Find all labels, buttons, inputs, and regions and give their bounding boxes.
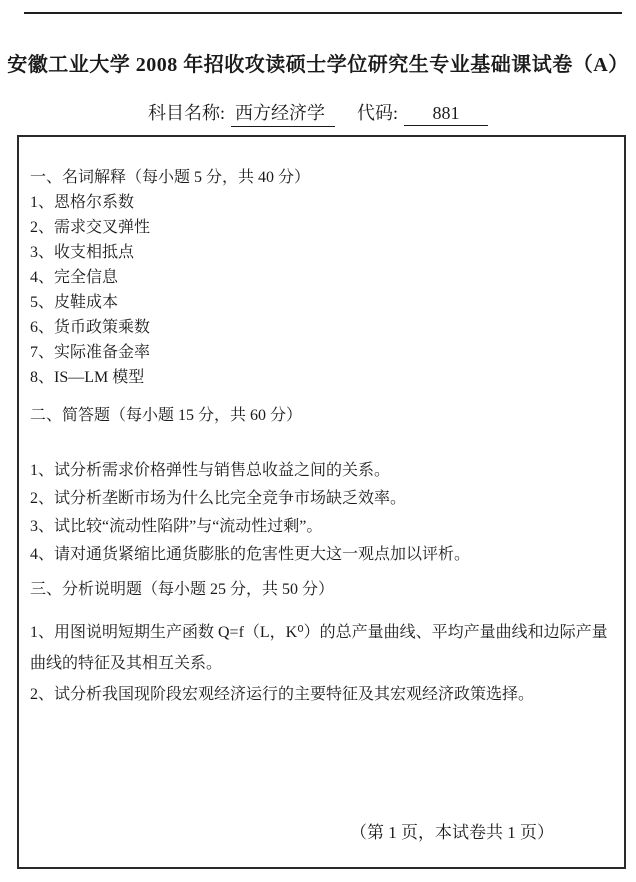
question-item: 3、试比较“流动性陷阱”与“流动性过剩”。 bbox=[30, 513, 610, 541]
section-3-heading: 三、分析说明题（每小题 25 分，共 50 分） bbox=[30, 577, 610, 602]
question-item: 1、用图说明短期生产函数 Q=f（L，K⁰）的总产量曲线、平均产量曲线和边际产量… bbox=[30, 617, 610, 679]
question-item: 7、实际准备金率 bbox=[30, 340, 610, 365]
paper-title: 安徽工业大学 2008 年招收攻读硕士学位研究生专业基础课试卷（A） bbox=[0, 48, 636, 77]
question-item: 2、试分析垄断市场为什么比完全竞争市场缺乏效率。 bbox=[30, 485, 610, 513]
question-item: 8、IS—LM 模型 bbox=[30, 365, 610, 390]
subject-label: 科目名称: bbox=[148, 103, 231, 123]
subject-line: 科目名称:西方经济学代码:881 bbox=[0, 99, 636, 127]
top-rule bbox=[24, 12, 622, 14]
subject-value: 西方经济学 bbox=[231, 99, 335, 127]
question-item: 1、试分析需求价格弹性与销售总收益之间的关系。 bbox=[30, 457, 610, 485]
question-item: 2、需求交叉弹性 bbox=[30, 215, 610, 240]
section-short-answer: 二、简答题（每小题 15 分，共 60 分） 1、试分析需求价格弹性与销售总收益… bbox=[30, 403, 610, 569]
question-box: 一、名词解释（每小题 5 分，共 40 分） 1、恩格尔系数 2、需求交叉弹性 … bbox=[17, 135, 626, 869]
code-label: 代码: bbox=[357, 103, 404, 123]
section-definitions: 一、名词解释（每小题 5 分，共 40 分） 1、恩格尔系数 2、需求交叉弹性 … bbox=[30, 165, 610, 390]
question-item: 1、恩格尔系数 bbox=[30, 190, 610, 215]
question-item: 4、完全信息 bbox=[30, 265, 610, 290]
section-analysis: 三、分析说明题（每小题 25 分，共 50 分） 1、用图说明短期生产函数 Q=… bbox=[30, 577, 610, 710]
question-item: 6、货币政策乘数 bbox=[30, 315, 610, 340]
section-1-heading: 一、名词解释（每小题 5 分，共 40 分） bbox=[30, 165, 610, 190]
question-item: 4、请对通货紧缩比通货膨胀的危害性更大这一观点加以评析。 bbox=[30, 541, 610, 569]
question-item: 2、试分析我国现阶段宏观经济运行的主要特征及其宏观经济政策选择。 bbox=[30, 679, 610, 710]
question-item: 5、皮鞋成本 bbox=[30, 290, 610, 315]
question-item: 3、收支相抵点 bbox=[30, 240, 610, 265]
code-value: 881 bbox=[404, 103, 488, 126]
section-2-heading: 二、简答题（每小题 15 分，共 60 分） bbox=[30, 403, 610, 428]
page-number-note: （第 1 页，本试卷共 1 页） bbox=[350, 820, 554, 845]
